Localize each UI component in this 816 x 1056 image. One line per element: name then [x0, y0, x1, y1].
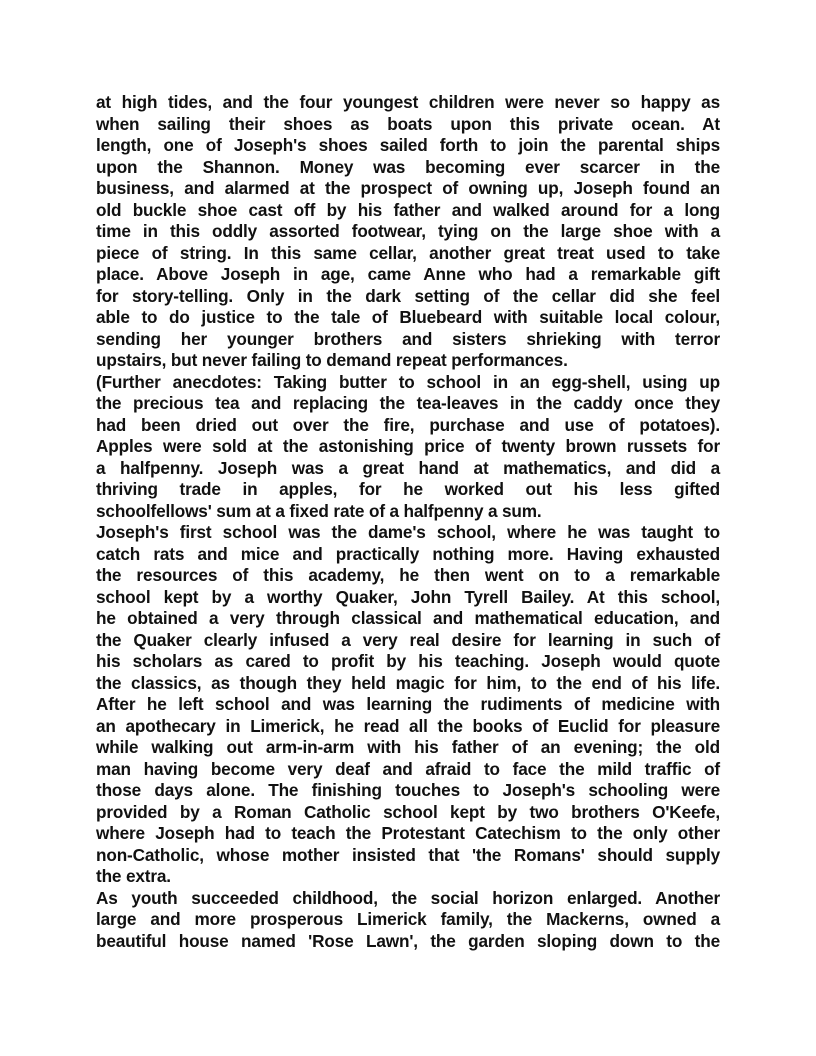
text-line: sending her younger brothers and sisters… [96, 329, 720, 351]
text-line: catch rats and mice and practically noth… [96, 544, 720, 566]
paragraph-schooling: Joseph's first school was the dame's sch… [96, 522, 720, 888]
text-line: an apothecary in Limerick, he read all t… [96, 716, 720, 738]
text-line: the resources of this academy, he then w… [96, 565, 720, 587]
document-page: at high tides, and the four youngest chi… [96, 92, 720, 952]
text-line: thriving trade in apples, for he worked … [96, 479, 720, 501]
text-line: large and more prosperous Limerick famil… [96, 909, 720, 931]
text-line: the Quaker clearly infused a very real d… [96, 630, 720, 652]
text-line: As youth succeeded childhood, the social… [96, 888, 720, 910]
text-line: old buckle shoe cast off by his father a… [96, 200, 720, 222]
text-line: non-Catholic, whose mother insisted that… [96, 845, 720, 867]
text-line: a halfpenny. Joseph was a great hand at … [96, 458, 720, 480]
text-line: provided by a Roman Catholic school kept… [96, 802, 720, 824]
text-line: piece of string. In this same cellar, an… [96, 243, 720, 265]
text-line: Apples were sold at the astonishing pric… [96, 436, 720, 458]
paragraph-youth-mackerns: As youth succeeded childhood, the social… [96, 888, 720, 953]
text-line: length, one of Joseph's shoes sailed for… [96, 135, 720, 157]
text-line: schoolfellows' sum at a fixed rate of a … [96, 501, 720, 523]
text-line: had been dried out over the fire, purcha… [96, 415, 720, 437]
text-line: man having become very deaf and afraid t… [96, 759, 720, 781]
text-line: his scholars as cared to profit by his t… [96, 651, 720, 673]
text-line: the classics, as though they held magic … [96, 673, 720, 695]
text-line: while walking out arm-in-arm with his fa… [96, 737, 720, 759]
text-line: for story-telling. Only in the dark sett… [96, 286, 720, 308]
text-line: when sailing their shoes as boats upon t… [96, 114, 720, 136]
text-line: upstairs, but never failing to demand re… [96, 350, 720, 372]
paragraph-further-anecdotes: (Further anecdotes: Taking butter to sch… [96, 372, 720, 523]
text-line: beautiful house named 'Rose Lawn', the g… [96, 931, 720, 953]
text-line: he obtained a very through classical and… [96, 608, 720, 630]
text-line: time in this oddly assorted footwear, ty… [96, 221, 720, 243]
text-line: business, and alarmed at the prospect of… [96, 178, 720, 200]
text-line: where Joseph had to teach the Protestant… [96, 823, 720, 845]
text-line: the precious tea and replacing the tea-l… [96, 393, 720, 415]
text-line: Joseph's first school was the dame's sch… [96, 522, 720, 544]
text-line: at high tides, and the four youngest chi… [96, 92, 720, 114]
text-line: those days alone. The finishing touches … [96, 780, 720, 802]
paragraph-shoes-cellar: at high tides, and the four youngest chi… [96, 92, 720, 372]
text-line: the extra. [96, 866, 720, 888]
text-line: place. Above Joseph in age, came Anne wh… [96, 264, 720, 286]
text-line: (Further anecdotes: Taking butter to sch… [96, 372, 720, 394]
text-line: able to do justice to the tale of Bluebe… [96, 307, 720, 329]
text-line: school kept by a worthy Quaker, John Tyr… [96, 587, 720, 609]
text-line: upon the Shannon. Money was becoming eve… [96, 157, 720, 179]
text-line: After he left school and was learning th… [96, 694, 720, 716]
